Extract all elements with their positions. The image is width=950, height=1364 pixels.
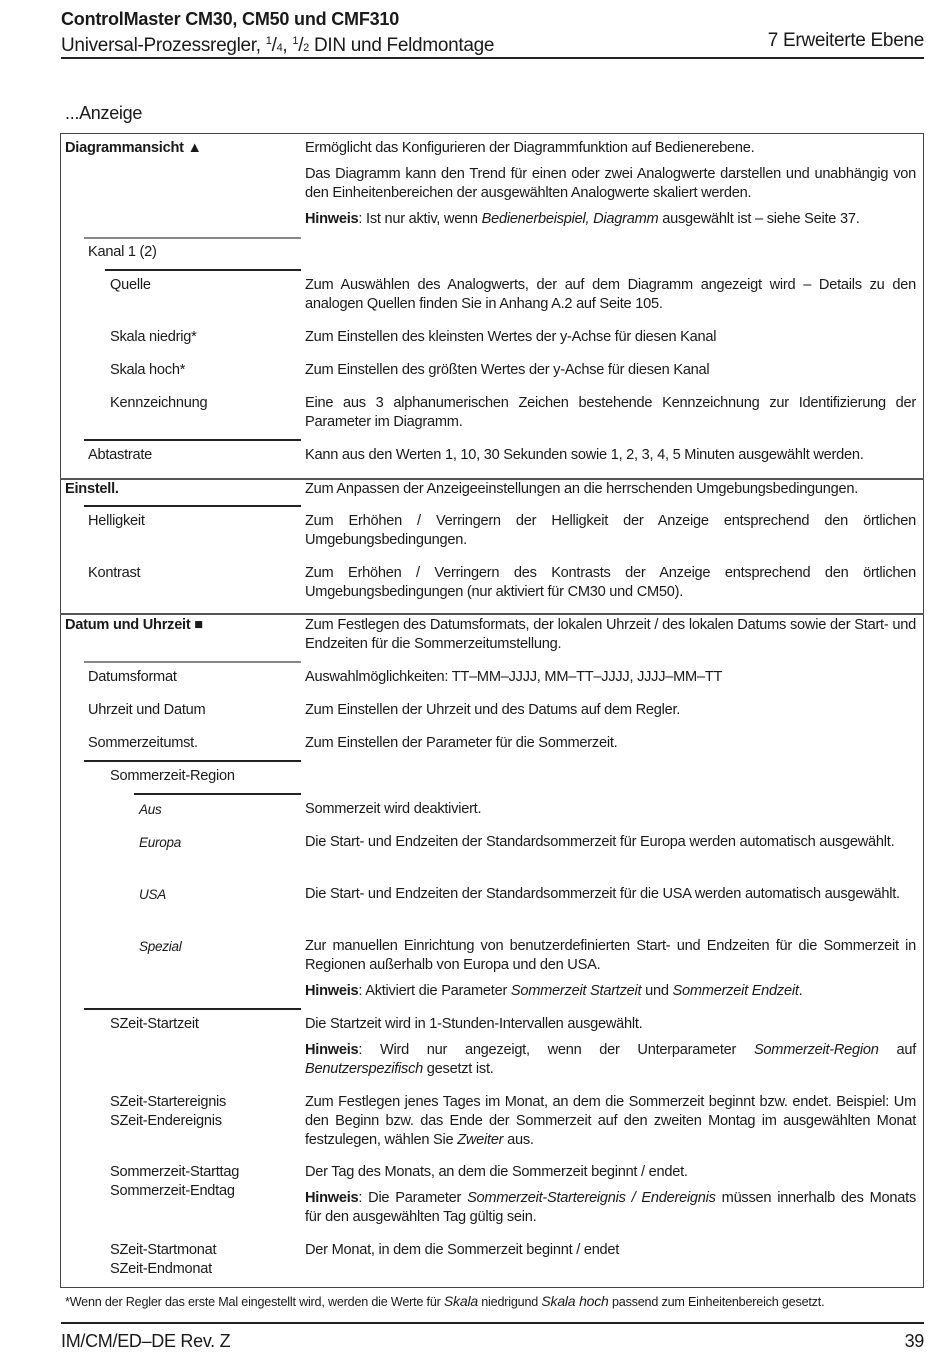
param-description: Zum Einstellen der Parameter für die Som… <box>305 734 916 753</box>
footer-divider <box>61 1322 924 1324</box>
param-description: Zum Erhöhen / Verringern der Helligkeit … <box>305 512 916 550</box>
param-description: Zum Auswählen des Analogwerts, der auf d… <box>305 276 916 314</box>
section-title: ...Anzeige <box>65 103 142 124</box>
note: Hinweis: Die Parameter Sommerzeit-Starte… <box>305 1189 916 1227</box>
level-divider <box>134 793 301 795</box>
param-label: Kennzeichnung <box>110 394 207 413</box>
param-description: Zum Einstellen des kleinsten Wertes der … <box>305 328 916 347</box>
param-label: Datum und Uhrzeit ■ <box>65 616 203 635</box>
param-label: Skala niedrig* <box>110 328 197 347</box>
level-divider <box>84 505 301 507</box>
param-description: Zum Festlegen des Datumsformats, der lok… <box>305 616 916 654</box>
chapter-title: 7 Erweiterte Ebene <box>768 30 924 59</box>
param-description: Auswahlmöglichkeiten: TT–MM–JJJJ, MM–TT–… <box>305 668 916 687</box>
param-description: Eine aus 3 alphanumerischen Zeichen best… <box>305 394 916 432</box>
param-description: Die Start- und Endzeiten der Standardsom… <box>305 885 916 904</box>
param-description: Zum Einstellen des größten Wertes der y-… <box>305 361 916 380</box>
param-description: Die Startzeit wird in 1-Stunden-Interval… <box>305 1015 916 1079</box>
param-description: Die Start- und Endzeiten der Standardsom… <box>305 833 916 852</box>
param-label: Uhrzeit und Datum <box>88 701 205 720</box>
param-label: Helligkeit <box>88 512 145 531</box>
param-label: Diagrammansicht ▲ <box>65 139 202 158</box>
document-subtitle: Universal-Prozessregler, 1/4, 1/2 DIN un… <box>61 30 494 59</box>
page-header: ControlMaster CM30, CM50 und CMF310 Univ… <box>61 8 924 59</box>
level-divider <box>105 269 301 271</box>
param-label: Skala hoch* <box>110 361 185 380</box>
note: Hinweis: Aktiviert die Parameter Sommerz… <box>305 982 916 1001</box>
note: Hinweis: Wird nur angezeigt, wenn der Un… <box>305 1041 916 1079</box>
note: Hinweis: Ist nur aktiv, wenn Bedienerbei… <box>305 210 916 229</box>
param-label: Kontrast <box>88 564 140 583</box>
param-label: Datumsformat <box>88 668 177 687</box>
param-description: Der Tag des Monats, an dem die Sommerzei… <box>305 1163 916 1227</box>
param-label: Quelle <box>110 276 151 295</box>
param-label: Sommerzeit-StarttagSommerzeit-Endtag <box>110 1163 239 1201</box>
param-description: Zum Anpassen der Anzeigeeinstellungen an… <box>305 480 916 499</box>
header-divider <box>61 57 924 59</box>
option-label: USA <box>139 885 166 904</box>
option-label: Europa <box>139 833 181 852</box>
option-label: Aus <box>139 800 162 819</box>
param-description: Kann aus den Werten 1, 10, 30 Sekunden s… <box>305 446 916 465</box>
param-label: Sommerzeitumst. <box>88 734 198 753</box>
param-label: Kanal 1 (2) <box>88 243 157 262</box>
param-description: Zum Einstellen der Uhrzeit und des Datum… <box>305 701 916 720</box>
param-label: Sommerzeit-Region <box>110 767 235 786</box>
footnote: *Wenn der Regler das erste Mal eingestel… <box>65 1293 824 1309</box>
param-description: Zum Festlegen jenes Tages im Monat, an d… <box>305 1093 916 1150</box>
param-label: Einstell. <box>65 480 119 499</box>
level-divider <box>84 1008 301 1010</box>
param-label: SZeit-Startzeit <box>110 1015 199 1034</box>
page-footer: IM/CM/ED–DE Rev. Z 39 <box>61 1331 924 1352</box>
option-label: Spezial <box>139 937 182 956</box>
level-divider <box>84 237 301 239</box>
document-id: IM/CM/ED–DE Rev. Z <box>61 1331 230 1352</box>
level-divider <box>84 661 301 663</box>
param-label: SZeit-StartereignisSZeit-Endereignis <box>110 1093 226 1131</box>
param-label: SZeit-StartmonatSZeit-Endmonat <box>110 1241 216 1279</box>
table-divider <box>60 613 924 615</box>
param-description: Der Monat, in dem die Sommerzeit beginnt… <box>305 1241 916 1260</box>
param-label: Abtastrate <box>88 446 152 465</box>
param-description: Zur manuellen Einrichtung von benutzerde… <box>305 937 916 1001</box>
param-description: Zum Erhöhen / Verringern des Kontrasts d… <box>305 564 916 602</box>
document-title: ControlMaster CM30, CM50 und CMF310 <box>61 8 924 30</box>
page-number: 39 <box>905 1331 924 1352</box>
level-divider <box>84 760 301 762</box>
level-divider <box>84 439 301 441</box>
param-description: Ermöglicht das Konfigurieren der Diagram… <box>305 139 916 229</box>
param-description: Sommerzeit wird deaktiviert. <box>305 800 916 819</box>
